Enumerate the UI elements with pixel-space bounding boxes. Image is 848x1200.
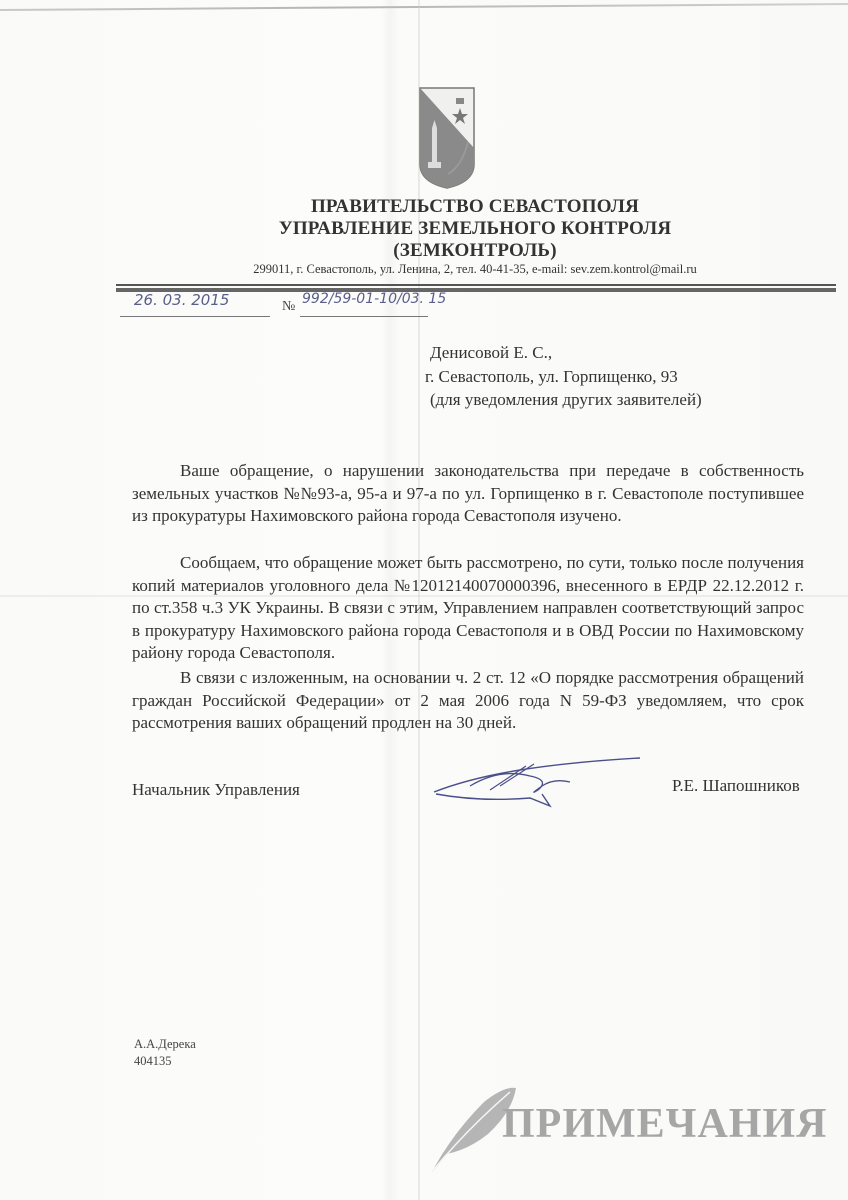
watermark-text: ПРИМЕЧАНИЯ (502, 1100, 827, 1148)
number-sign: № (282, 299, 295, 315)
recipient-address: г. Севастополь, ул. Горпищенко, 93 (425, 367, 678, 387)
handwritten-signature (430, 756, 670, 816)
letter-paragraph-3: В связи с изложенным, на основании ч. 2 … (132, 667, 804, 735)
sevastopol-coat-of-arms-icon (418, 86, 476, 190)
registration-date: 26. 03. 2015 (134, 291, 229, 309)
number-underline (300, 316, 428, 317)
paper-edge (0, 3, 848, 11)
letterhead-government: ПРАВИТЕЛЬСТВО СЕВАСТОПОЛЯ (0, 196, 848, 218)
registration-number: 992/59-01-10/03. 15 (302, 291, 446, 307)
recipient-note: (для уведомления других заявителей) (430, 390, 702, 410)
paragraph-text: В связи с изложенным, на основании ч. 2 … (132, 667, 804, 735)
signatory-name: Р.Е. Шапошников (672, 776, 800, 796)
executor-name: А.А.Дерека (134, 1036, 196, 1053)
letterhead-short-name: (ЗЕМКОНТРОЛЬ) (0, 240, 848, 262)
recipient-name: Денисовой Е. С., (430, 343, 552, 363)
paragraph-text: Сообщаем, что обращение может быть рассм… (132, 552, 804, 665)
paragraph-text: Ваше обращение, о нарушении законодатель… (132, 460, 804, 528)
letter-paragraph-2: Сообщаем, что обращение может быть рассм… (132, 552, 804, 665)
header-divider (116, 284, 836, 286)
document-page: ПРАВИТЕЛЬСТВО СЕВАСТОПОЛЯ УПРАВЛЕНИЕ ЗЕМ… (0, 0, 848, 1200)
date-underline (120, 316, 270, 317)
executor-phone: 404135 (134, 1053, 196, 1070)
letterhead-department: УПРАВЛЕНИЕ ЗЕМЕЛЬНОГО КОНТРОЛЯ (0, 218, 848, 240)
letterhead-address: 299011, г. Севастополь, ул. Ленина, 2, т… (0, 262, 848, 277)
letter-paragraph-1: Ваше обращение, о нарушении законодатель… (132, 460, 804, 528)
executor-info: А.А.Дерека 404135 (134, 1036, 196, 1070)
signatory-title: Начальник Управления (132, 780, 300, 800)
